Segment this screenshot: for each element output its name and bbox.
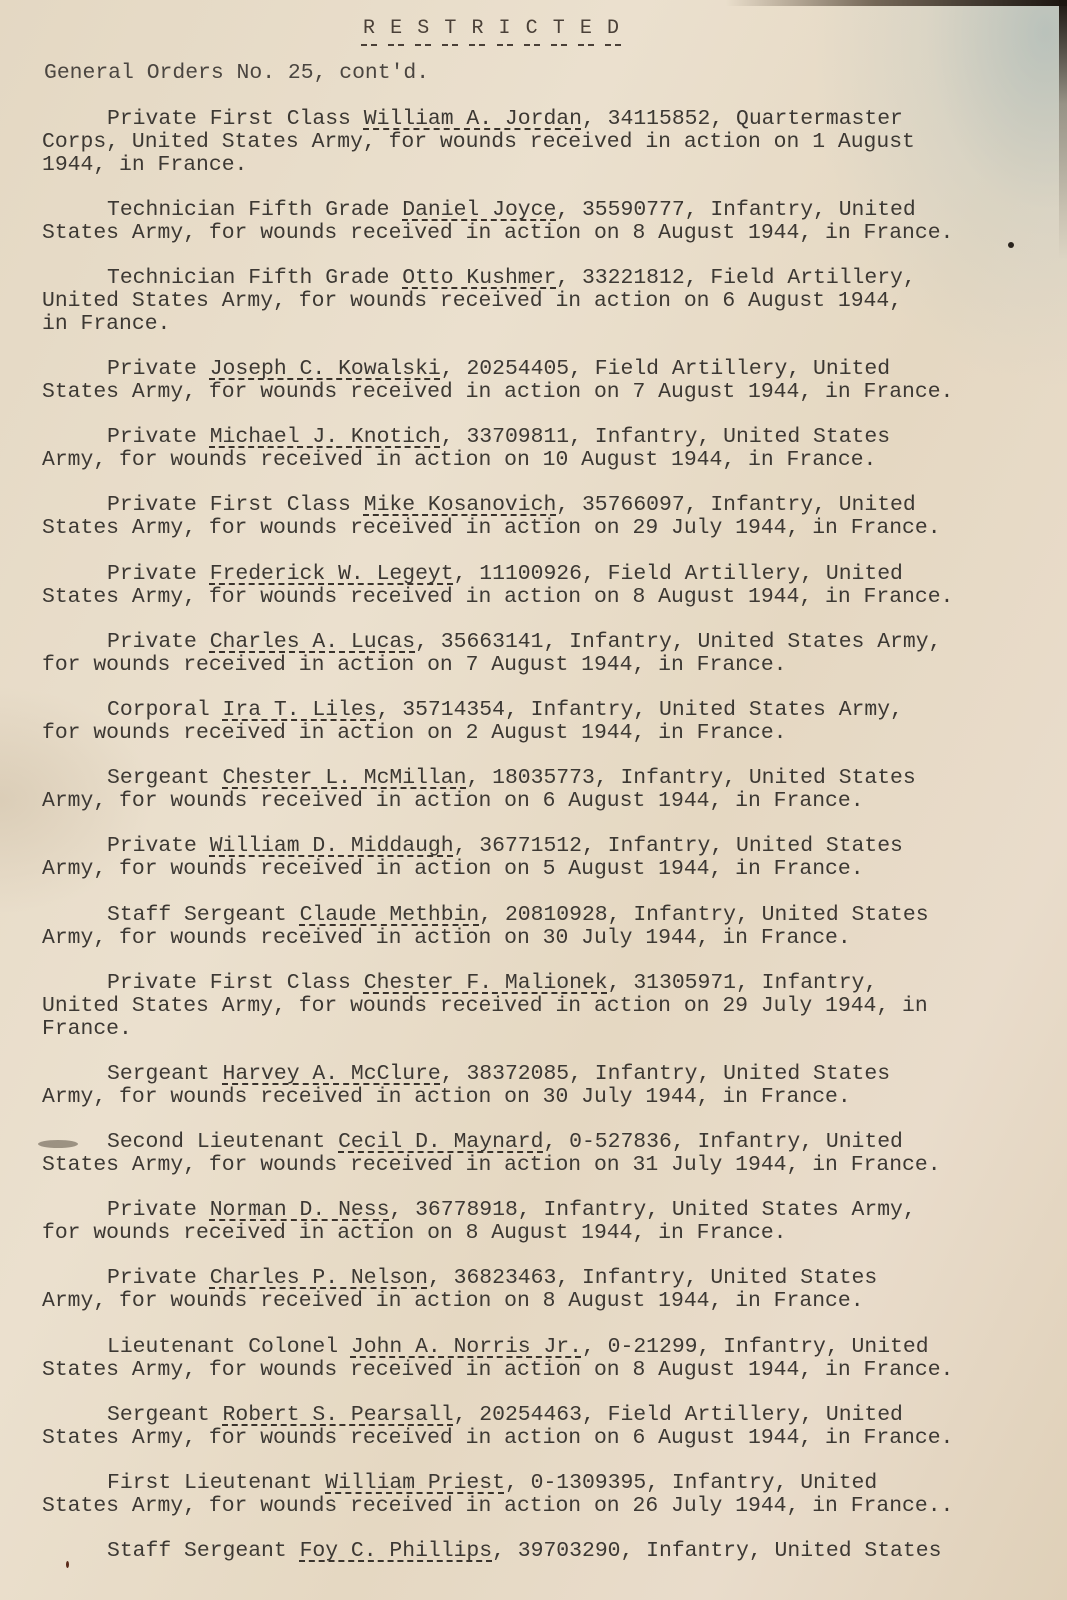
entry-serial-branch: , 33709811, Infantry, United States	[441, 425, 890, 449]
entry-continuation-line: States Army, for wounds received in acti…	[42, 381, 1042, 404]
entry-first-line: Private Norman D. Ness, 36778918, Infant…	[42, 1199, 1042, 1222]
award-entry: Private Frederick W. Legeyt, 11100926, F…	[42, 563, 1042, 609]
general-orders-heading: General Orders No. 25, cont'd.	[44, 61, 429, 85]
entry-rank: Sergeant	[107, 1403, 223, 1427]
entry-serial-branch: , 0-527836, Infantry, United	[543, 1130, 902, 1154]
award-entry: Sergeant Harvey A. McClure, 38372085, In…	[42, 1063, 1042, 1109]
entry-first-line: Private First Class William A. Jordan, 3…	[42, 108, 1042, 131]
entry-continuation-line: United States Army, for wounds received …	[42, 995, 1042, 1018]
entry-first-line: Sergeant Harvey A. McClure, 38372085, In…	[42, 1063, 1042, 1086]
entry-serial-branch: , 36771512, Infantry, United States	[454, 834, 903, 858]
entry-first-line: Technician Fifth Grade Daniel Joyce, 355…	[42, 199, 1042, 222]
entry-rank: Sergeant	[107, 1062, 223, 1086]
entry-soldier-name: Foy C. Phillips	[300, 1539, 493, 1563]
entry-rank: Private	[107, 1198, 210, 1222]
entry-rank: Staff Sergeant	[107, 1539, 300, 1563]
award-entry: Corporal Ira T. Liles, 35714354, Infantr…	[42, 699, 1042, 745]
classification-letter: T	[442, 16, 458, 46]
award-entry: Technician Fifth Grade Daniel Joyce, 355…	[42, 199, 1042, 245]
entry-rank: Lieutenant Colonel	[107, 1335, 351, 1359]
award-entry: Private First Class Mike Kosanovich, 357…	[42, 494, 1042, 540]
entry-continuation-line: Army, for wounds received in action on 8…	[42, 1290, 1042, 1313]
entry-serial-branch: , 35714354, Infantry, United States Army…	[377, 698, 903, 722]
entry-serial-branch: , 35663141, Infantry, United States Army…	[415, 630, 941, 654]
entry-continuation-line: for wounds received in action on 2 Augus…	[42, 722, 1042, 745]
entry-first-line: Private First Class Mike Kosanovich, 357…	[42, 494, 1042, 517]
entry-first-line: Private Michael J. Knotich, 33709811, In…	[42, 426, 1042, 449]
entry-soldier-name: Chester L. McMillan	[223, 766, 467, 790]
entry-rank: Technician Fifth Grade	[107, 198, 402, 222]
entry-rank: Private	[107, 1266, 210, 1290]
entry-serial-branch: , 0-21299, Infantry, United	[582, 1335, 929, 1359]
entry-serial-branch: , 35590777, Infantry, United	[556, 198, 915, 222]
entry-rank: Private	[107, 357, 210, 381]
classification-letter: I	[497, 16, 513, 46]
entry-first-line: Sergeant Chester L. McMillan, 18035773, …	[42, 767, 1042, 790]
award-entry: Second Lieutenant Cecil D. Maynard, 0-52…	[42, 1131, 1042, 1177]
classification-header: RESTRICTED	[361, 16, 621, 46]
entry-soldier-name: Cecil D. Maynard	[338, 1130, 543, 1154]
award-entry: Sergeant Robert S. Pearsall, 20254463, F…	[42, 1404, 1042, 1450]
entry-soldier-name: Robert S. Pearsall	[223, 1403, 454, 1427]
entry-first-line: Private Joseph C. Kowalski, 20254405, Fi…	[42, 358, 1042, 381]
award-entry: Private Joseph C. Kowalski, 20254405, Fi…	[42, 358, 1042, 404]
entry-soldier-name: Otto Kushmer	[402, 266, 556, 290]
entry-continuation-line: States Army, for wounds received in acti…	[42, 1154, 1042, 1177]
entry-first-line: Technician Fifth Grade Otto Kushmer, 332…	[42, 267, 1042, 290]
entry-soldier-name: William Priest	[325, 1471, 505, 1495]
award-entry: Private William D. Middaugh, 36771512, I…	[42, 835, 1042, 881]
entry-continuation-line: for wounds received in action on 8 Augus…	[42, 1222, 1042, 1245]
entry-rank: Private First Class	[107, 971, 364, 995]
entry-rank: Private	[107, 425, 210, 449]
entry-continuation-line: Army, for wounds received in action on 6…	[42, 790, 1042, 813]
entry-first-line: Lieutenant Colonel John A. Norris Jr., 0…	[42, 1336, 1042, 1359]
classification-letter: C	[524, 16, 540, 46]
entry-serial-branch: , 35766097, Infantry, United	[556, 493, 915, 517]
entry-first-line: Staff Sergeant Foy C. Phillips, 39703290…	[42, 1540, 1042, 1563]
entry-continuation-line: Army, for wounds received in action on 5…	[42, 858, 1042, 881]
entry-first-line: Staff Sergeant Claude Methbin, 20810928,…	[42, 904, 1042, 927]
entry-rank: Second Lieutenant	[107, 1130, 338, 1154]
entry-serial-branch: , 0-1309395, Infantry, United	[505, 1471, 877, 1495]
entry-soldier-name: Mike Kosanovich	[364, 493, 557, 517]
entry-soldier-name: Claude Methbin	[300, 903, 480, 927]
entry-serial-branch: , 36778918, Infantry, United States Army…	[389, 1198, 915, 1222]
entry-serial-branch: , 33221812, Field Artillery,	[556, 266, 915, 290]
entry-rank: Sergeant	[107, 766, 223, 790]
entry-soldier-name: Joseph C. Kowalski	[210, 357, 441, 381]
entry-rank: Technician Fifth Grade	[107, 266, 402, 290]
entry-soldier-name: William A. Jordan	[364, 107, 582, 131]
classification-letter: R	[361, 16, 377, 46]
entry-rank: Private First Class	[107, 493, 364, 517]
entry-soldier-name: Ira T. Liles	[223, 698, 377, 722]
entry-continuation-line: States Army, for wounds received in acti…	[42, 1495, 1042, 1518]
award-entry: Staff Sergeant Claude Methbin, 20810928,…	[42, 904, 1042, 950]
entry-continuation-line: United States Army, for wounds received …	[42, 290, 1042, 313]
entry-continuation-line: States Army, for wounds received in acti…	[42, 586, 1042, 609]
entry-first-line: Private Charles A. Lucas, 35663141, Infa…	[42, 631, 1042, 654]
classification-letter: T	[551, 16, 567, 46]
entry-first-line: Second Lieutenant Cecil D. Maynard, 0-52…	[42, 1131, 1042, 1154]
entry-serial-branch: , 36823463, Infantry, United States	[428, 1266, 877, 1290]
entry-soldier-name: Frederick W. Legeyt	[210, 562, 454, 586]
entry-soldier-name: Norman D. Ness	[210, 1198, 390, 1222]
entry-continuation-line: 1944, in France.	[42, 154, 1042, 177]
entry-soldier-name: William D. Middaugh	[210, 834, 454, 858]
entry-continuation-line: for wounds received in action on 7 Augus…	[42, 654, 1042, 677]
entry-first-line: Private First Class Chester F. Malionek,…	[42, 972, 1042, 995]
entry-continuation-line: Army, for wounds received in action on 1…	[42, 449, 1042, 472]
entry-serial-branch: , 18035773, Infantry, United States	[466, 766, 915, 790]
entry-continuation-line: Corps, United States Army, for wounds re…	[42, 131, 1042, 154]
classification-letter: E	[388, 16, 404, 46]
entry-rank: Private	[107, 630, 210, 654]
classification-letter: E	[578, 16, 594, 46]
entry-soldier-name: Charles A. Lucas	[210, 630, 415, 654]
entry-serial-branch: , 31305971, Infantry,	[608, 971, 878, 995]
entry-rank: Private	[107, 562, 210, 586]
entry-soldier-name: Michael J. Knotich	[210, 425, 441, 449]
entry-first-line: First Lieutenant William Priest, 0-13093…	[42, 1472, 1042, 1495]
entry-soldier-name: Daniel Joyce	[402, 198, 556, 222]
award-entry: Private Charles A. Lucas, 35663141, Infa…	[42, 631, 1042, 677]
entry-serial-branch: , 20810928, Infantry, United States	[479, 903, 928, 927]
entry-soldier-name: Chester F. Malionek	[364, 971, 608, 995]
classification-letter: D	[605, 16, 621, 46]
entry-first-line: Private Charles P. Nelson, 36823463, Inf…	[42, 1267, 1042, 1290]
entry-continuation-line: France.	[42, 1018, 1042, 1041]
entry-serial-branch: , 34115852, Quartermaster	[582, 107, 903, 131]
document-page: RESTRICTED General Orders No. 25, cont'd…	[0, 0, 1067, 1600]
entry-continuation-line: States Army, for wounds received in acti…	[42, 1359, 1042, 1382]
entry-first-line: Corporal Ira T. Liles, 35714354, Infantr…	[42, 699, 1042, 722]
entry-continuation-line: States Army, for wounds received in acti…	[42, 1427, 1042, 1450]
entry-rank: Corporal	[107, 698, 223, 722]
classification-letter: S	[415, 16, 431, 46]
entry-serial-branch: , 20254463, Field Artillery, United	[454, 1403, 903, 1427]
entry-soldier-name: John A. Norris Jr.	[351, 1335, 582, 1359]
entry-first-line: Sergeant Robert S. Pearsall, 20254463, F…	[42, 1404, 1042, 1427]
entry-rank: Private First Class	[107, 107, 364, 131]
entry-soldier-name: Harvey A. McClure	[223, 1062, 441, 1086]
entry-serial-branch: , 11100926, Field Artillery, United	[454, 562, 903, 586]
award-entry: Private First Class Chester F. Malionek,…	[42, 972, 1042, 1041]
award-entry: Private Norman D. Ness, 36778918, Infant…	[42, 1199, 1042, 1245]
entry-continuation-line: States Army, for wounds received in acti…	[42, 517, 1042, 540]
classification-letter: R	[469, 16, 485, 46]
entry-rank: First Lieutenant	[107, 1471, 325, 1495]
entry-continuation-line: States Army, for wounds received in acti…	[42, 222, 1042, 245]
entry-rank: Private	[107, 834, 210, 858]
award-entry: Technician Fifth Grade Otto Kushmer, 332…	[42, 267, 1042, 336]
award-entry: Staff Sergeant Foy C. Phillips, 39703290…	[42, 1540, 1042, 1563]
award-entry: Private First Class William A. Jordan, 3…	[42, 108, 1042, 177]
award-entry: Lieutenant Colonel John A. Norris Jr., 0…	[42, 1336, 1042, 1382]
entry-first-line: Private William D. Middaugh, 36771512, I…	[42, 835, 1042, 858]
award-entry: Sergeant Chester L. McMillan, 18035773, …	[42, 767, 1042, 813]
entry-continuation-line: Army, for wounds received in action on 3…	[42, 1086, 1042, 1109]
entry-first-line: Private Frederick W. Legeyt, 11100926, F…	[42, 563, 1042, 586]
entry-serial-branch: , 39703290, Infantry, United States	[492, 1539, 941, 1563]
entry-rank: Staff Sergeant	[107, 903, 300, 927]
entry-continuation-line: in France.	[42, 313, 1042, 336]
entry-soldier-name: Charles P. Nelson	[210, 1266, 428, 1290]
award-entry: First Lieutenant William Priest, 0-13093…	[42, 1472, 1042, 1518]
award-entry: Private Michael J. Knotich, 33709811, In…	[42, 426, 1042, 472]
entry-serial-branch: , 20254405, Field Artillery, United	[441, 357, 890, 381]
entry-serial-branch: , 38372085, Infantry, United States	[441, 1062, 890, 1086]
award-entry: Private Charles P. Nelson, 36823463, Inf…	[42, 1267, 1042, 1313]
entry-continuation-line: Army, for wounds received in action on 3…	[42, 927, 1042, 950]
